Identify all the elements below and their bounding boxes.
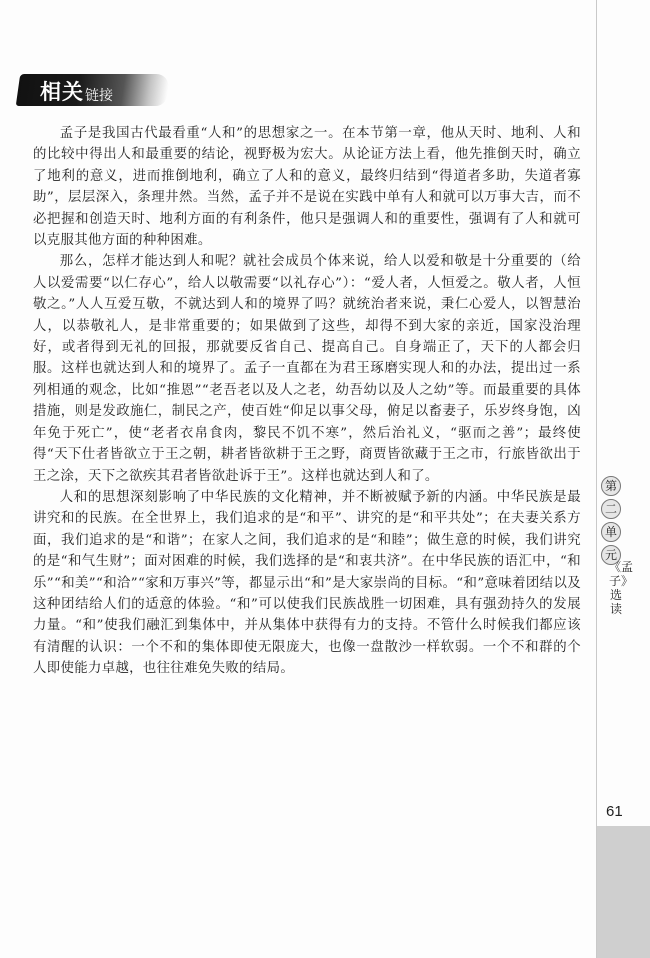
unit-char-badge: 单	[601, 522, 621, 542]
page-number: 61	[606, 803, 623, 820]
margin-divider	[596, 0, 597, 958]
section-banner: 相关 链接	[18, 70, 168, 110]
body-text: 孟子是我国古代最看重“人和”的思想家之一。在本节第一章，他从天时、地利、人和的比…	[33, 123, 581, 680]
paragraph-3: 人和的思想深刻影响了中华民族的文化精神，并不断被赋予新的内涵。中华民族是最讲究和…	[33, 487, 581, 680]
textbook-page: 相关 链接 孟子是我国古代最看重“人和”的思想家之一。在本节第一章，他从天时、地…	[0, 0, 650, 958]
unit-char-badge: 二	[601, 499, 621, 519]
unit-char-badge: 第	[601, 476, 621, 496]
unit-label: 第 二 单 元	[601, 476, 627, 568]
paragraph-2: 那么，怎样才能达到人和呢？就社会成员个体来说，给人以爱和敬是十分重要的（给人以爱…	[33, 251, 581, 486]
page-edge-tab	[597, 826, 650, 958]
paragraph-1: 孟子是我国古代最看重“人和”的思想家之一。在本节第一章，他从天时、地利、人和的比…	[33, 123, 581, 251]
book-title: 《孟子》选读	[609, 560, 623, 616]
banner-title: 相关	[40, 76, 84, 106]
banner-subtitle: 链接	[85, 85, 113, 105]
